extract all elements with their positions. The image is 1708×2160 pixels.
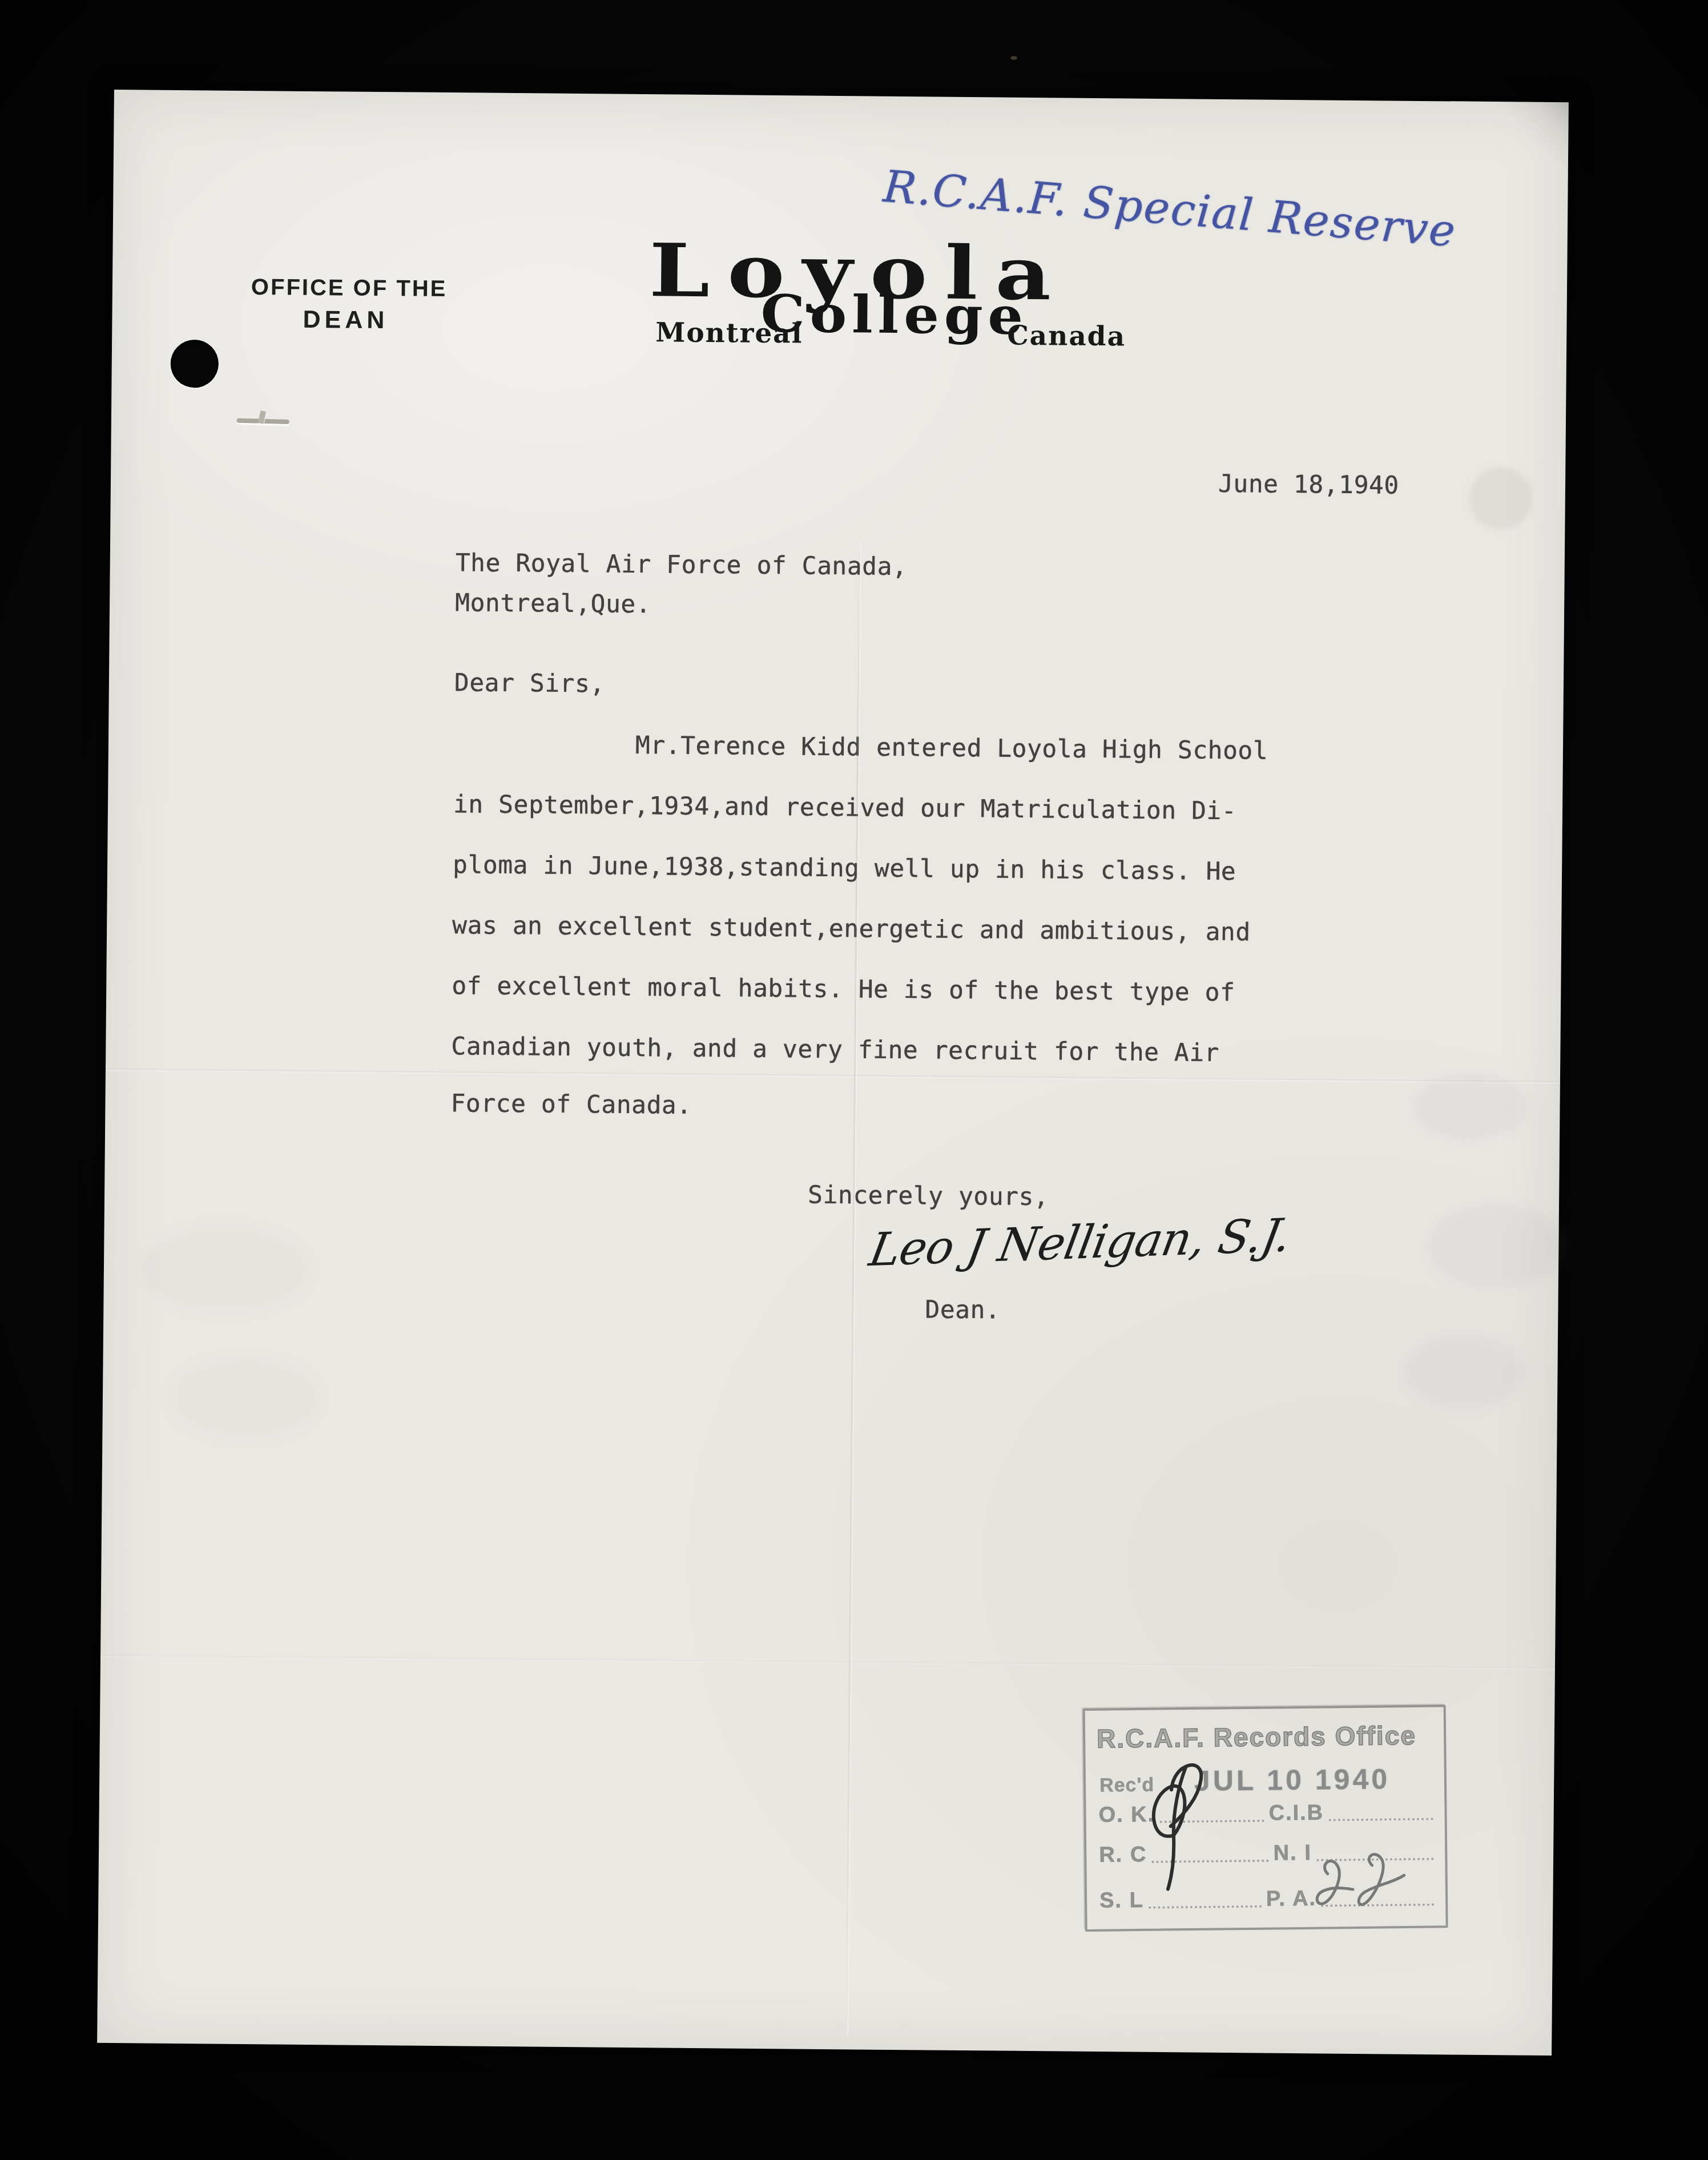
fold-crease-horizontal-faint bbox=[100, 1655, 1555, 1670]
signer-title: Dean. bbox=[925, 1297, 1000, 1323]
body-line: Canadian youth, and a very fine recruit … bbox=[451, 1034, 1219, 1066]
body-line: was an excellent student,energetic and a… bbox=[452, 913, 1251, 945]
ink-bleedthrough bbox=[1404, 1334, 1525, 1409]
fold-crease-horizontal bbox=[106, 1069, 1560, 1083]
dotted-leader bbox=[1328, 1818, 1433, 1822]
field-label: N. I bbox=[1273, 1841, 1312, 1866]
dotted-leader bbox=[1149, 1905, 1262, 1909]
body-line: Force of Canada. bbox=[450, 1091, 692, 1118]
ink-bleedthrough bbox=[171, 1357, 320, 1438]
office-of-the-dean-block: OFFICE OF THE DEAN bbox=[251, 275, 441, 335]
letterhead-city: Montreal bbox=[655, 317, 803, 349]
scanned-letter-photo: R.C.A.F. Special Reserve OFFICE OF THE D… bbox=[0, 0, 1708, 2160]
field-label: C.I.B bbox=[1268, 1801, 1324, 1826]
office-line2: DEAN bbox=[251, 305, 440, 335]
body-line: Mr.Terence Kidd entered Loyola High Scho… bbox=[635, 734, 1268, 764]
dog-ear-crease bbox=[1478, 100, 1570, 192]
body-line: ploma in June,1938,standing well up in h… bbox=[453, 853, 1236, 884]
ink-bleedthrough bbox=[1428, 1203, 1566, 1289]
fold-crease-vertical bbox=[845, 541, 860, 2037]
letter-date: June 18,1940 bbox=[1218, 472, 1399, 498]
punch-hole bbox=[170, 340, 219, 388]
records-office-stamp: R.C.A.F. Records Office Rec'd JUL 10 194… bbox=[1083, 1704, 1448, 1932]
body-line: in September,1934,and received our Matri… bbox=[453, 792, 1237, 824]
letterhead-country: Canada bbox=[1007, 320, 1126, 353]
letter-page: R.C.A.F. Special Reserve OFFICE OF THE D… bbox=[97, 90, 1569, 2056]
ink-bleedthrough bbox=[138, 1226, 309, 1313]
recipient-line-2: Montreal,Que. bbox=[455, 591, 651, 617]
office-line1: OFFICE OF THE bbox=[251, 275, 441, 302]
closing: Sincerely yours, bbox=[808, 1183, 1049, 1210]
recipient-line-1: The Royal Air Force of Canada, bbox=[456, 551, 908, 579]
background-speck bbox=[1010, 56, 1017, 60]
dean-signature: Leo J Nelligan, S.J. bbox=[865, 1208, 1295, 1276]
paper-blemish bbox=[1469, 467, 1532, 530]
paper-tear bbox=[231, 405, 302, 440]
field-label: S. L bbox=[1099, 1888, 1144, 1913]
ink-bleedthrough bbox=[1412, 1071, 1527, 1141]
handwritten-initials-jb bbox=[1137, 1749, 1230, 1899]
salutation: Dear Sirs, bbox=[454, 671, 605, 696]
handwritten-initials-gs bbox=[1308, 1840, 1417, 1915]
records-stamp-title: R.C.A.F. Records Office bbox=[1097, 1720, 1416, 1754]
body-line: of excellent moral habits. He is of the … bbox=[452, 974, 1235, 1005]
